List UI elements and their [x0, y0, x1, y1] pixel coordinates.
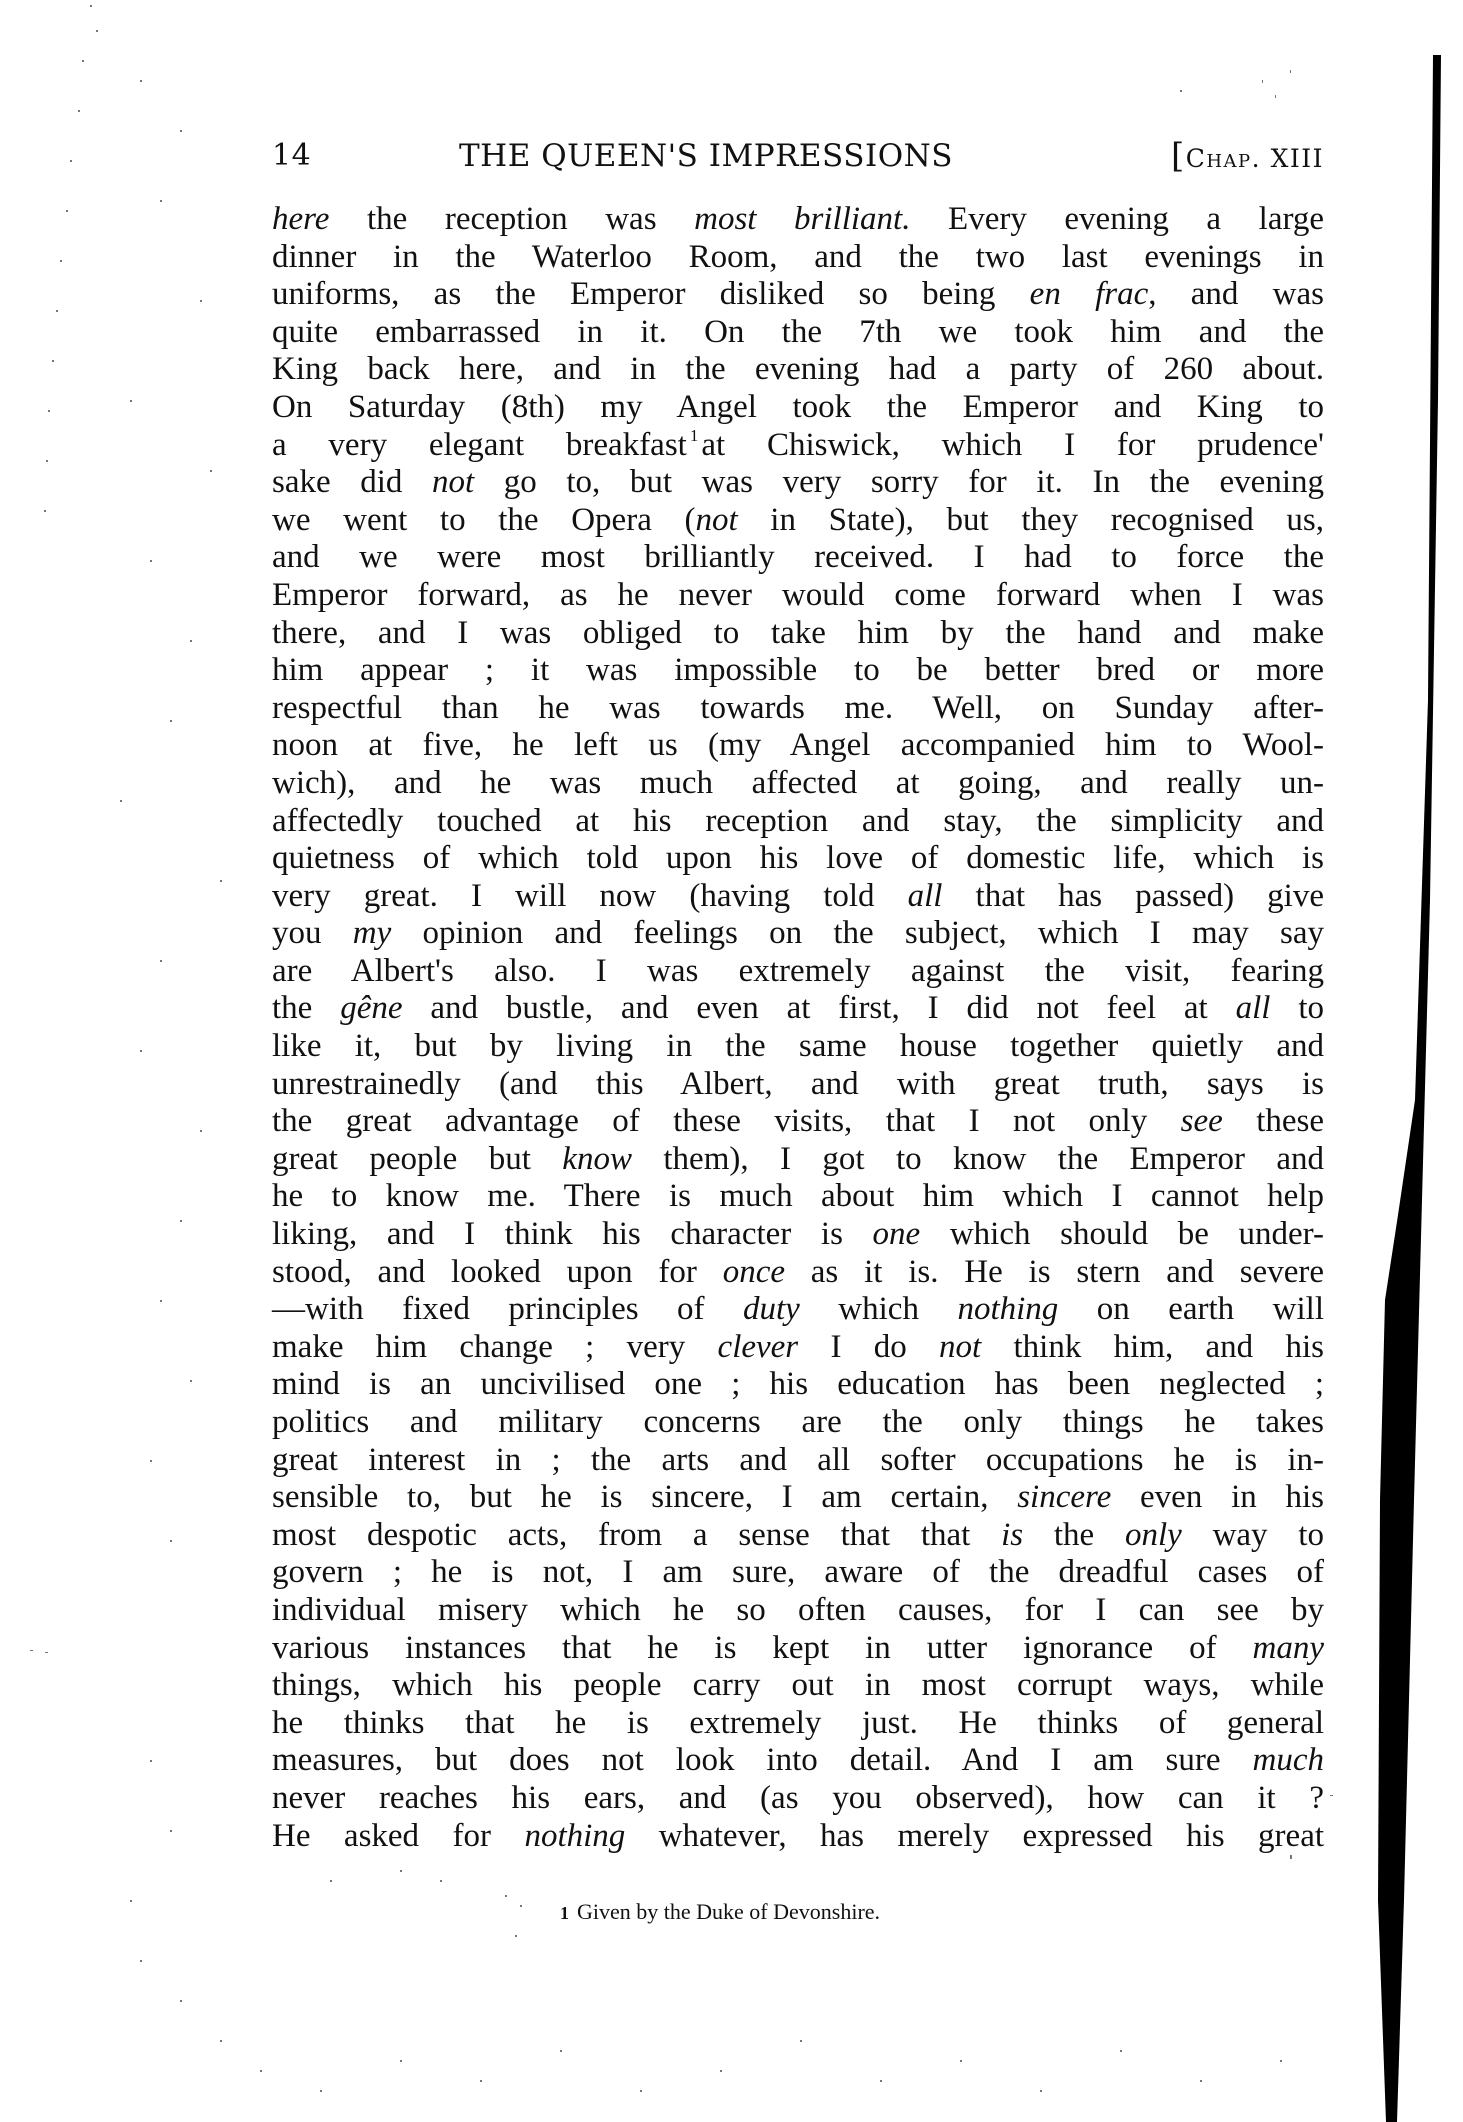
- italic-text: sincere: [1017, 1479, 1111, 1515]
- text-line: stood, and looked upon for once as it is…: [272, 1254, 1324, 1292]
- text-run: sake did: [272, 464, 432, 500]
- text-run: on earth will: [1058, 1291, 1324, 1327]
- italic-text: en frac: [1030, 276, 1149, 312]
- italic-text: most brilliant.: [694, 201, 910, 237]
- text-run: I do: [798, 1329, 939, 1365]
- text-line: like it, but by living in the same house…: [272, 1028, 1324, 1066]
- text-run: quite embarrassed in it. On the 7th we t…: [272, 314, 1324, 350]
- text-run: , and was: [1148, 276, 1324, 312]
- italic-text: much: [1253, 1742, 1324, 1778]
- text-run: stood, and looked upon for: [272, 1254, 723, 1290]
- page-number: 14: [272, 136, 311, 176]
- italic-text: not: [695, 502, 737, 538]
- text-run: Emperor forward, as he never would come …: [272, 577, 1324, 613]
- text-run: which: [800, 1291, 958, 1327]
- text-run: and we were most brilliantly received. I…: [272, 539, 1324, 575]
- text-run: very great. I will now (having told: [272, 878, 908, 914]
- text-line: most despotic acts, from a sense that th…: [272, 1517, 1324, 1555]
- text-run: dinner in the Waterloo Room, and the two…: [272, 239, 1324, 275]
- text-line: a very elegant breakfast1at Chiswick, wh…: [272, 427, 1324, 465]
- text-line: mind is an uncivilised one ; his educati…: [272, 1366, 1324, 1404]
- text-line: On Saturday (8th) my Angel took the Empe…: [272, 389, 1324, 427]
- text-run: noon at five, he left us (my Angel accom…: [272, 727, 1324, 763]
- book-page: 14 THE QUEEN'S IMPRESSIONS [Chap. XIII h…: [0, 0, 1463, 2122]
- text-line: liking, and I think his character is one…: [272, 1216, 1324, 1254]
- text-run: that has passed) give: [942, 878, 1324, 914]
- footnote-reference: 1: [687, 426, 702, 445]
- text-run: wich), and he was much affected at going…: [272, 765, 1324, 801]
- text-run: liking, and I think his character is: [272, 1216, 873, 1252]
- italic-text: one: [873, 1216, 921, 1252]
- italic-text: only: [1125, 1517, 1182, 1553]
- italic-text: many: [1253, 1630, 1324, 1666]
- text-run: even in his: [1111, 1479, 1324, 1515]
- footnote-text: Given by the Duke of Devonshire.: [577, 1899, 880, 1924]
- italic-text: gêne: [340, 990, 402, 1026]
- text-line: great people but know them), I got to kn…: [272, 1141, 1324, 1179]
- text-line: quietness of which told upon his love of…: [272, 840, 1324, 878]
- text-line: unrestrainedly (and this Albert, and wit…: [272, 1066, 1324, 1104]
- text-line: great interest in ; the arts and all sof…: [272, 1442, 1324, 1480]
- text-line: noon at five, he left us (my Angel accom…: [272, 727, 1324, 765]
- chapter-label: [Chap. XIII: [1171, 136, 1324, 179]
- text-line: never reaches his ears, and (as you obse…: [272, 1780, 1324, 1818]
- italic-text: is: [1001, 1517, 1023, 1553]
- italic-text: nothing: [957, 1291, 1058, 1327]
- text-line: there, and I was obliged to take him by …: [272, 615, 1324, 653]
- text-run: the: [1023, 1517, 1125, 1553]
- running-head: 14 THE QUEEN'S IMPRESSIONS [Chap. XIII: [272, 136, 1324, 176]
- text-run: you: [272, 915, 353, 951]
- text-run: things, which his people carry out in mo…: [272, 1667, 1324, 1703]
- text-run: respectful than he was towards me. Well,…: [272, 690, 1324, 726]
- text-line: dinner in the Waterloo Room, and the two…: [272, 239, 1324, 277]
- text-run: quietness of which told upon his love of…: [272, 840, 1324, 876]
- body-text: here the reception was most brilliant. E…: [272, 201, 1324, 1855]
- italic-text: not: [432, 464, 474, 500]
- text-run: way to: [1182, 1517, 1324, 1553]
- text-line: wich), and he was much affected at going…: [272, 765, 1324, 803]
- text-line: various instances that he is kept in utt…: [272, 1630, 1324, 1668]
- text-run: great interest in ; the arts and all sof…: [272, 1442, 1324, 1478]
- text-line: sensible to, but he is sincere, I am cer…: [272, 1479, 1324, 1517]
- text-line: very great. I will now (having told all …: [272, 878, 1324, 916]
- footnote: 1Given by the Duke of Devonshire.: [560, 1898, 880, 1927]
- text-run: most despotic acts, from a sense that th…: [272, 1517, 1001, 1553]
- text-run: make him change ; very: [272, 1329, 718, 1365]
- text-run: whatever, has merely expressed his great: [625, 1818, 1324, 1854]
- italic-text: once: [723, 1254, 785, 1290]
- text-run: at Chiswick, which I for prudence': [701, 427, 1324, 463]
- text-run: opinion and feelings on the subject, whi…: [391, 915, 1324, 951]
- text-run: unrestrainedly (and this Albert, and wit…: [272, 1066, 1324, 1102]
- text-line: the gêne and bustle, and even at first, …: [272, 990, 1324, 1028]
- text-run: which should be under-: [920, 1216, 1324, 1252]
- text-run: never reaches his ears, and (as you obse…: [272, 1780, 1324, 1816]
- text-line: and we were most brilliantly received. I…: [272, 539, 1324, 577]
- italic-text: all: [1236, 990, 1271, 1026]
- italic-text: know: [562, 1141, 632, 1177]
- text-run: politics and military concerns are the o…: [272, 1404, 1324, 1440]
- text-run: affectedly touched at his reception and …: [272, 803, 1324, 839]
- text-line: things, which his people carry out in mo…: [272, 1667, 1324, 1705]
- chapter-bracket: [: [1171, 136, 1186, 176]
- text-line: the great advantage of these visits, tha…: [272, 1103, 1324, 1141]
- text-line: are Albert's also. I was extremely again…: [272, 953, 1324, 991]
- italic-text: see: [1181, 1103, 1223, 1139]
- text-run: are Albert's also. I was extremely again…: [272, 953, 1324, 989]
- text-run: the: [272, 990, 340, 1026]
- text-run: the great advantage of these visits, tha…: [272, 1103, 1181, 1139]
- footnote-number: 1: [560, 1903, 569, 1923]
- text-run: mind is an uncivilised one ; his educati…: [272, 1366, 1324, 1402]
- text-run: these: [1223, 1103, 1324, 1139]
- text-run: —with fixed principles of: [272, 1291, 743, 1327]
- text-line: he thinks that he is extremely just. He …: [272, 1705, 1324, 1743]
- text-run: On Saturday (8th) my Angel took the Empe…: [272, 389, 1324, 425]
- text-run: individual misery which he so often caus…: [272, 1592, 1324, 1628]
- text-run: we went to the Opera (: [272, 502, 695, 538]
- chapter-text: Chap. XIII: [1186, 144, 1324, 173]
- text-line: Emperor forward, as he never would come …: [272, 577, 1324, 615]
- text-line: He asked for nothing whatever, has merel…: [272, 1818, 1324, 1856]
- text-line: make him change ; very clever I do not t…: [272, 1329, 1324, 1367]
- text-line: King back here, and in the evening had a…: [272, 351, 1324, 389]
- text-run: he thinks that he is extremely just. He …: [272, 1705, 1324, 1741]
- text-run: and bustle, and even at first, I did not…: [403, 990, 1236, 1026]
- italic-text: nothing: [524, 1818, 625, 1854]
- text-line: sake did not go to, but was very sorry f…: [272, 464, 1324, 502]
- text-run: measures, but does not look into detail.…: [272, 1742, 1253, 1778]
- text-run: them), I got to know the Emperor and: [632, 1141, 1324, 1177]
- text-run: He asked for: [272, 1818, 524, 1854]
- text-line: uniforms, as the Emperor disliked so bei…: [272, 276, 1324, 314]
- text-run: go to, but was very sorry for it. In the…: [474, 464, 1324, 500]
- page-edge-shadow: [1360, 50, 1460, 2122]
- text-line: we went to the Opera (not in State), but…: [272, 502, 1324, 540]
- running-title: THE QUEEN'S IMPRESSIONS: [459, 136, 953, 176]
- text-line: politics and military concerns are the o…: [272, 1404, 1324, 1442]
- text-run: a very elegant breakfast: [272, 427, 687, 463]
- italic-text: my: [353, 915, 391, 951]
- text-run: sensible to, but he is sincere, I am cer…: [272, 1479, 1017, 1515]
- text-run: as it is. He is stern and severe: [785, 1254, 1324, 1290]
- text-line: affectedly touched at his reception and …: [272, 803, 1324, 841]
- text-line: respectful than he was towards me. Well,…: [272, 690, 1324, 728]
- italic-text: here: [272, 201, 329, 237]
- text-run: like it, but by living in the same house…: [272, 1028, 1324, 1064]
- text-run: think him, and his: [981, 1329, 1324, 1365]
- italic-text: all: [908, 878, 943, 914]
- text-run: Every evening a large: [910, 201, 1324, 237]
- text-run: the reception was: [329, 201, 694, 237]
- text-run: uniforms, as the Emperor disliked so bei…: [272, 276, 1030, 312]
- italic-text: clever: [718, 1329, 799, 1365]
- text-run: there, and I was obliged to take him by …: [272, 615, 1324, 651]
- text-run: him appear ; it was impossible to be bet…: [272, 652, 1324, 688]
- text-line: —with fixed principles of duty which not…: [272, 1291, 1324, 1329]
- text-line: individual misery which he so often caus…: [272, 1592, 1324, 1630]
- italic-text: duty: [743, 1291, 800, 1327]
- italic-text: not: [939, 1329, 981, 1365]
- text-run: King back here, and in the evening had a…: [272, 351, 1324, 387]
- text-line: him appear ; it was impossible to be bet…: [272, 652, 1324, 690]
- text-run: various instances that he is kept in utt…: [272, 1630, 1253, 1666]
- text-line: quite embarrassed in it. On the 7th we t…: [272, 314, 1324, 352]
- text-line: he to know me. There is much about him w…: [272, 1178, 1324, 1216]
- text-line: measures, but does not look into detail.…: [272, 1742, 1324, 1780]
- text-run: govern ; he is not, I am sure, aware of …: [272, 1554, 1324, 1590]
- text-run: he to know me. There is much about him w…: [272, 1178, 1324, 1214]
- text-run: to: [1270, 990, 1324, 1026]
- text-line: you my opinion and feelings on the subje…: [272, 915, 1324, 953]
- text-line: govern ; he is not, I am sure, aware of …: [272, 1554, 1324, 1592]
- text-run: in State), but they recognised us,: [738, 502, 1324, 538]
- text-run: great people but: [272, 1141, 562, 1177]
- text-line: here the reception was most brilliant. E…: [272, 201, 1324, 239]
